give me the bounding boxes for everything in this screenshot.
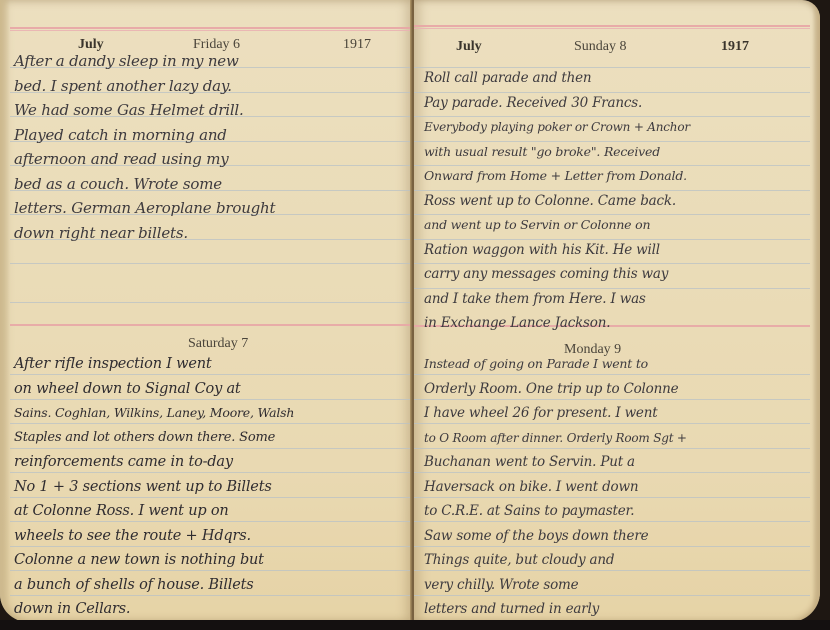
entry-line: Sains. Coghlan, Wilkins, Laney, Moore, W… xyxy=(14,401,294,426)
entry-line: I have wheel 26 for present. I went xyxy=(424,401,687,426)
entry-line: and went up to Servin or Colonne on xyxy=(424,213,690,238)
header-year: 1917 xyxy=(721,39,749,55)
entry-line: to O Room after dinner. Orderly Room Sgt… xyxy=(424,426,687,451)
header-day: Sunday 8 xyxy=(574,39,627,55)
mid-red-rule xyxy=(10,324,412,326)
diary-spread: July Friday 6 1917 After a dandy sleep i… xyxy=(0,0,830,630)
entry-line: on wheel down to Signal Coy at xyxy=(14,377,294,402)
entry-line: to C.R.E. at Sains to paymaster. xyxy=(424,499,687,524)
entry-line: carry any messages coming this way xyxy=(424,262,690,287)
entry-line: bed. I spent another lazy day. xyxy=(14,74,275,99)
header-year: 1917 xyxy=(343,37,371,53)
entry-line: down in Cellars. xyxy=(14,597,294,622)
entry-line: letters. German Aeroplane brought xyxy=(14,196,275,221)
entry-line: Saw some of the boys down there xyxy=(424,524,687,549)
entry-line: No 1 + 3 sections went up to Billets xyxy=(14,475,294,500)
entry-line: Colonne a new town is nothing but xyxy=(14,548,294,573)
entry-line: After rifle inspection I went xyxy=(14,352,294,377)
header-month: July xyxy=(456,39,482,55)
entry-line: a bunch of shells of house. Billets xyxy=(14,573,294,598)
entry-line: reinforcements came in to-day xyxy=(14,450,294,475)
entry-line: Haversack on bike. I went down xyxy=(424,475,687,500)
entry-friday-6: After a dandy sleep in my new bed. I spe… xyxy=(14,49,275,245)
top-red-rule xyxy=(414,25,810,27)
top-red-rule xyxy=(10,27,412,29)
left-page: July Friday 6 1917 After a dandy sleep i… xyxy=(0,0,412,622)
entry-line: at Colonne Ross. I went up on xyxy=(14,499,294,524)
entry-line: We had some Gas Helmet drill. xyxy=(14,98,275,123)
entry-line: in Exchange Lance Jackson. xyxy=(424,311,690,336)
entry-line: Pay parade. Received 30 Francs. xyxy=(424,91,690,116)
entry-line: Staples and lot others down there. Some xyxy=(14,426,294,451)
entry-line: Played catch in morning and xyxy=(14,123,275,148)
entry-line: Buchanan went to Servin. Put a xyxy=(424,450,687,475)
cover-edge xyxy=(0,620,830,630)
entry-line: and I take them from Here. I was xyxy=(424,287,690,312)
entry-line: Orderly Room. One trip up to Colonne xyxy=(424,377,687,402)
header-day-2: Saturday 7 xyxy=(188,336,248,352)
entry-line: bed as a couch. Wrote some xyxy=(14,172,275,197)
entry-line: Everybody playing poker or Crown + Ancho… xyxy=(424,115,690,140)
entry-line: Roll call parade and then xyxy=(424,66,690,91)
entry-line: wheels to see the route + Hdqrs. xyxy=(14,524,294,549)
entry-sunday-8: Roll call parade and then Pay parade. Re… xyxy=(424,66,690,336)
entry-line: Onward from Home + Letter from Donald. xyxy=(424,164,690,189)
right-page: July Sunday 8 1917 Roll call parade and … xyxy=(414,0,820,622)
entry-line: Ross went up to Colonne. Came back. xyxy=(424,189,690,214)
entry-line: very chilly. Wrote some xyxy=(424,573,687,598)
entry-line: down right near billets. xyxy=(14,221,275,246)
entry-line: Ration waggon with his Kit. He will xyxy=(424,238,690,263)
entry-line: After a dandy sleep in my new xyxy=(14,49,275,74)
entry-line: Things quite, but cloudy and xyxy=(424,548,687,573)
entry-saturday-7: After rifle inspection I went on wheel d… xyxy=(14,352,294,622)
entry-line: letters and turned in early xyxy=(424,597,687,622)
ruled-line xyxy=(10,302,412,303)
entry-line: Instead of going on Parade I went to xyxy=(424,352,687,377)
entry-line: afternoon and read using my xyxy=(14,147,275,172)
entry-line: with usual result "go broke". Received xyxy=(424,140,690,165)
entry-monday-9: Instead of going on Parade I went to Ord… xyxy=(424,352,687,622)
ruled-line xyxy=(10,263,412,264)
